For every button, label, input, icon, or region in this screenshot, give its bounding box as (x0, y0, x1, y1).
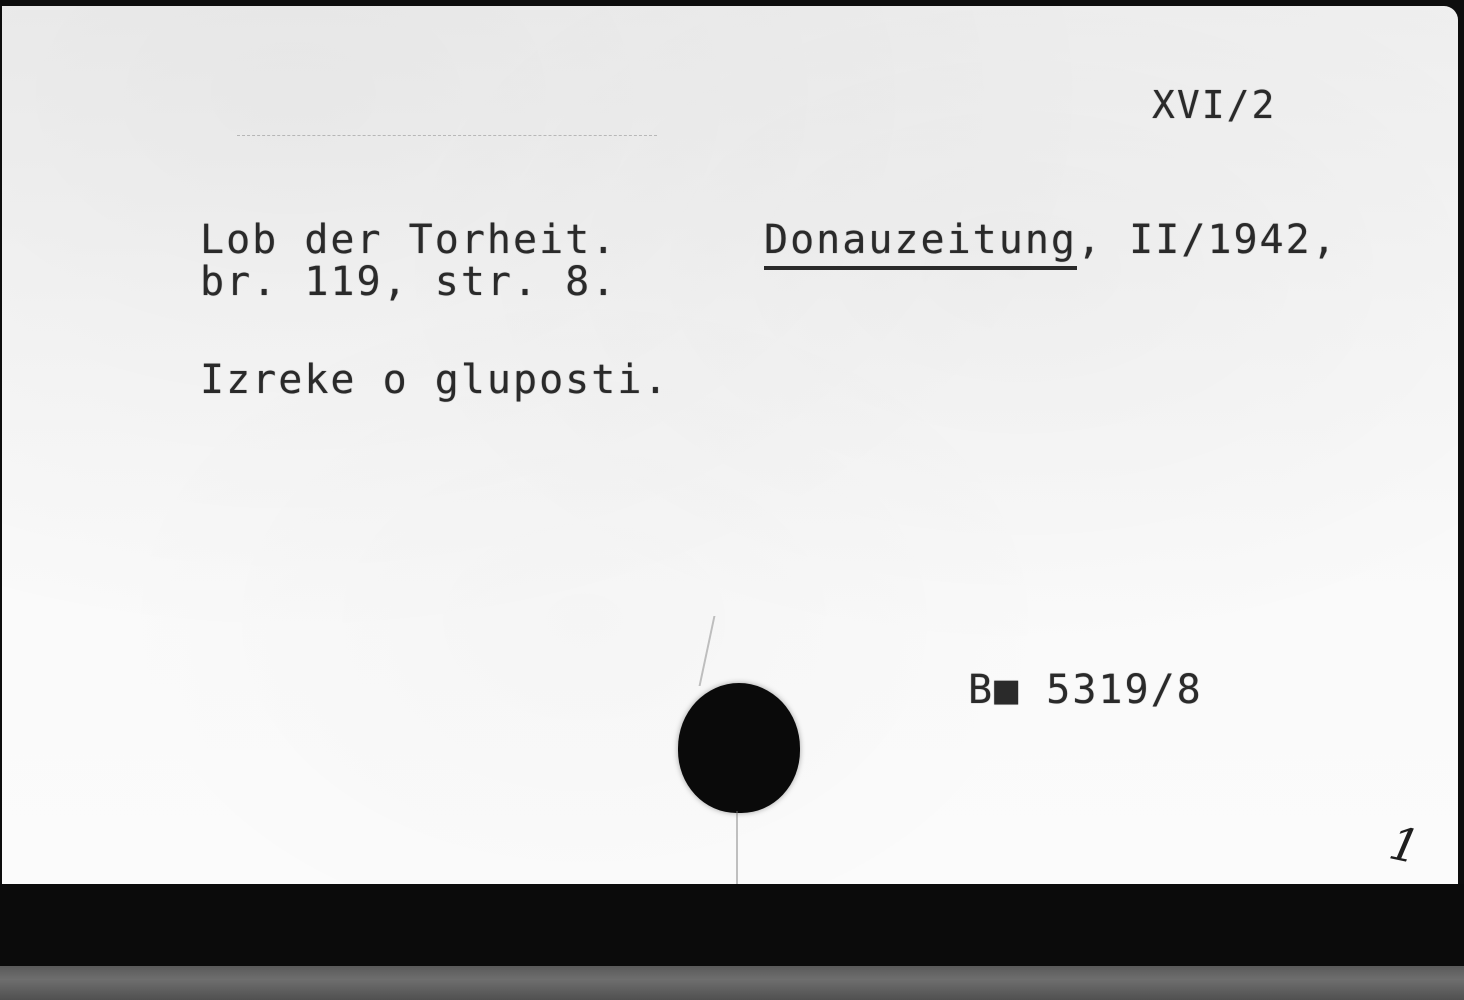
paper-tear-top (699, 616, 736, 686)
translated-title: Izreke o gluposti. (200, 360, 669, 400)
punch-hole (678, 683, 800, 813)
source-date: , II/1942, (1077, 217, 1338, 263)
index-card: XVI/2 Lob der Torheit. br. 119, str. 8. … (2, 6, 1458, 884)
scanned-catalog-card: XVI/2 Lob der Torheit. br. 119, str. 8. … (0, 0, 1464, 1000)
handwritten-card-number: 1 (1385, 816, 1425, 875)
call-number: XVI/2 (1152, 86, 1276, 124)
scanner-black-band (0, 884, 1464, 966)
issue-page-reference: br. 119, str. 8. (200, 262, 617, 302)
faint-ruled-line (237, 135, 657, 136)
scanner-grey-strip (0, 966, 1464, 1000)
shelf-mark: B■ 5319/8 (968, 670, 1203, 710)
paper-tear-bottom (736, 811, 750, 884)
newspaper-name: Donauzeitung (764, 220, 1077, 270)
source-citation: Donauzeitung, II/1942, (764, 220, 1338, 270)
work-title: Lob der Torheit. (200, 220, 617, 260)
